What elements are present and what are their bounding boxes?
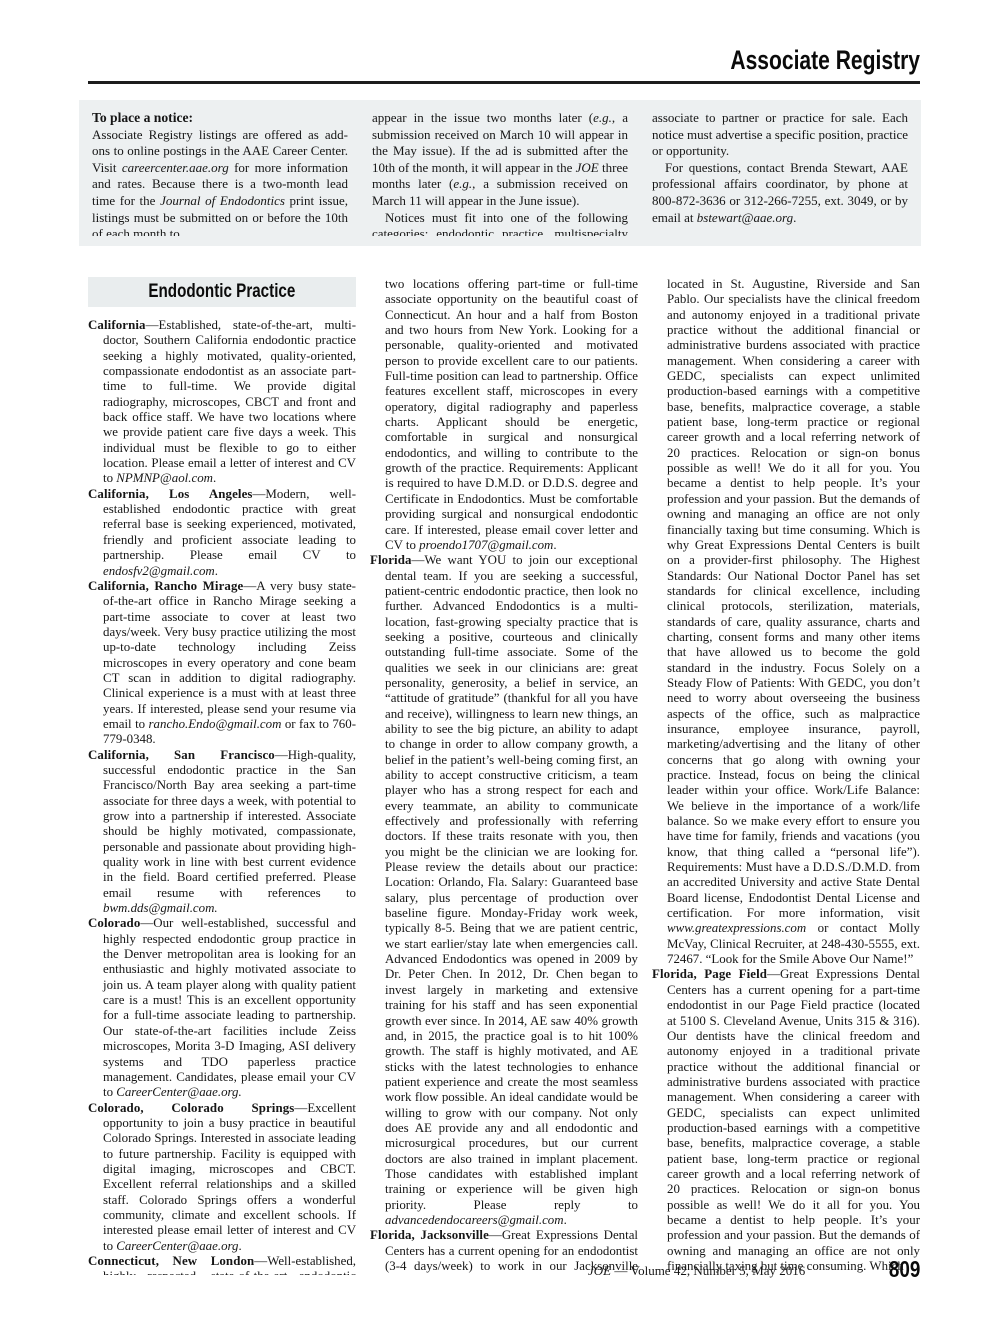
listing-location: Florida — [370, 553, 412, 567]
email-link: bstewart@aae.org — [697, 210, 793, 225]
listing-location: California, Rancho Mirage — [88, 579, 243, 593]
url-link: careercenter.aae.org — [122, 160, 229, 175]
listing-item: California, San Francisco—High-quality, … — [88, 748, 356, 917]
email-link: rancho.Endo@gmail.com — [149, 717, 282, 731]
email-link: advancedendocareers@gmail.com — [385, 1213, 564, 1227]
notice-heading-text: To place a notice: — [92, 110, 193, 125]
journal-name: Journal of Endodontics — [160, 193, 285, 208]
notice-column-3: associate to partner or practice for sal… — [652, 110, 908, 236]
listing-column-1: Endodontic Practice California—Establish… — [88, 277, 356, 1275]
email-link: bwm.dds@gmail.com. — [103, 901, 218, 915]
page-number: 809 — [889, 1256, 920, 1283]
url-link: www.greatexpressions.com — [667, 921, 806, 935]
listing-item: California, Los Angeles—Modern, well-est… — [88, 487, 356, 579]
listing-location: California, San Francisco — [88, 748, 275, 762]
listing-location: Florida, Jacksonville — [370, 1228, 489, 1242]
listing-item: located in St. Augustine, Riverside and … — [652, 277, 920, 967]
page-title: Associate Registry — [271, 46, 920, 74]
notice-box: To place a notice:Associate Registry lis… — [79, 100, 921, 246]
listing-items-1: California—Established, state-of-the-art… — [88, 318, 356, 1275]
email-link: CareerCenter@aae.org. — [116, 1085, 241, 1099]
listing-item: California, Rancho Mirage—A very busy st… — [88, 579, 356, 748]
issue-info: — Volume 42, Number 5, May 2016 — [611, 1263, 805, 1278]
notice-paragraph: For questions, contact Brenda Stewart, A… — [652, 160, 908, 226]
listing-location: California — [88, 318, 146, 332]
notice-paragraph: appear in the issue two months later (e.… — [372, 110, 628, 210]
section-header-label: Endodontic Practice — [149, 281, 296, 303]
listing-item: two locations offering part-time or full… — [370, 277, 638, 553]
italic-text: e.g. — [453, 176, 472, 191]
listings-area: Endodontic Practice California—Establish… — [88, 277, 920, 1275]
journal-abbrev: JOE — [588, 1263, 611, 1278]
listing-location: Colorado, Colorado Springs — [88, 1101, 294, 1115]
email-link: endosfv2@gmail.com — [103, 564, 215, 578]
listing-location: Colorado — [88, 916, 140, 930]
notice-columns: To place a notice:Associate Registry lis… — [92, 110, 908, 236]
listing-column-3: located in St. Augustine, Riverside and … — [652, 277, 920, 1275]
listing-location: Florida, Page Field — [652, 967, 767, 981]
email-link: proendo1707@gmail.com — [419, 538, 553, 552]
page-footer: JOE — Volume 42, Number 5, May 2016 809 — [88, 1258, 920, 1288]
listing-item: Colorado, Colorado Springs—Excellent opp… — [88, 1101, 356, 1254]
listing-item: Florida—We want YOU to join our exceptio… — [370, 553, 638, 1228]
email-link: NPMNP@aol.com — [116, 471, 213, 485]
listing-item: Colorado—Our well-established, successfu… — [88, 916, 356, 1100]
notice-paragraph: Associate Registry listings are offered … — [92, 127, 348, 236]
notice-column-2: appear in the issue two months later (e.… — [372, 110, 628, 236]
listing-items-2: two locations offering part-time or full… — [370, 277, 638, 1275]
listing-location: California, Los Angeles — [88, 487, 253, 501]
email-link: CareerCenter@aae.org — [116, 1239, 238, 1253]
notice-heading: To place a notice: — [92, 110, 348, 127]
notice-paragraph: Notices must fit into one of the followi… — [372, 210, 628, 236]
notice-paragraph: associate to partner or practice for sal… — [652, 110, 908, 160]
listing-item: Florida, Page Field—Great Expressions De… — [652, 967, 920, 1274]
section-header: Endodontic Practice — [88, 277, 356, 307]
journal-page: Associate Registry To place a notice:Ass… — [0, 0, 1005, 1335]
header-rule — [88, 81, 920, 84]
notice-column-1: To place a notice:Associate Registry lis… — [92, 110, 348, 236]
listing-column-2: two locations offering part-time or full… — [370, 277, 638, 1275]
page-header: Associate Registry — [88, 46, 920, 84]
italic-text: e.g. — [593, 110, 612, 125]
listing-item: California—Established, state-of-the-art… — [88, 318, 356, 487]
volume-line: JOE — Volume 42, Number 5, May 2016 — [588, 1263, 805, 1279]
listing-items-3: located in St. Augustine, Riverside and … — [652, 277, 920, 1274]
journal-abbrev: JOE — [576, 160, 599, 175]
